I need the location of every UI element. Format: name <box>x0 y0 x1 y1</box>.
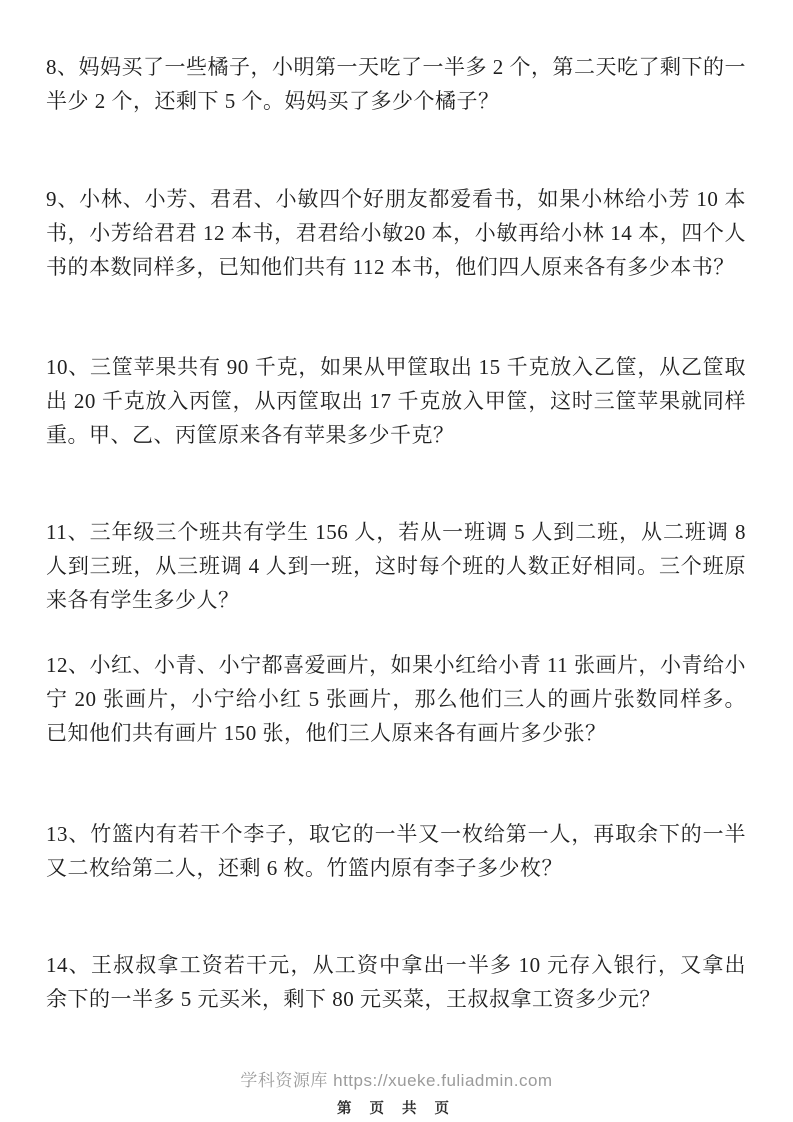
watermark-source-link[interactable]: 学科资源库 https://xueke.fuliadmin.com <box>0 1066 793 1091</box>
problem-list: 8、妈妈买了一些橘子，小明第一天吃了一半多 2 个，第二天吃了剩下的一半少 2 … <box>46 50 746 1016</box>
problem-12-text: 12、小红、小青、小宁都喜爱画片，如果小红给小青 11 张画片，小青给小宁 20… <box>46 648 746 750</box>
problem-9-text: 9、小林、小芳、君君、小敏四个好朋友都爱看书，如果小林给小芳 10 本书，小芳给… <box>46 182 746 284</box>
problem-10-text: 10、三筐苹果共有 90 千克，如果从甲筐取出 15 千克放入乙筐，从乙筐取出 … <box>46 350 746 452</box>
problem-13-text: 13、竹篮内有若干个李子，取它的一半又一枚给第一人，再取余下的一半又二枚给第二人… <box>46 817 746 885</box>
worksheet-page: 8、妈妈买了一些橘子，小明第一天吃了一半多 2 个，第二天吃了剩下的一半少 2 … <box>0 0 793 1122</box>
problem-11-text: 11、三年级三个班共有学生 156 人，若从一班调 5 人到二班，从二班调 8 … <box>46 515 746 617</box>
problem-8-text: 8、妈妈买了一些橘子，小明第一天吃了一半多 2 个，第二天吃了剩下的一半少 2 … <box>46 50 746 118</box>
page-number-label: 第 页 共 页 <box>0 1097 793 1118</box>
problem-14-text: 14、王叔叔拿工资若干元，从工资中拿出一半多 10 元存入银行，又拿出余下的一半… <box>46 948 746 1016</box>
